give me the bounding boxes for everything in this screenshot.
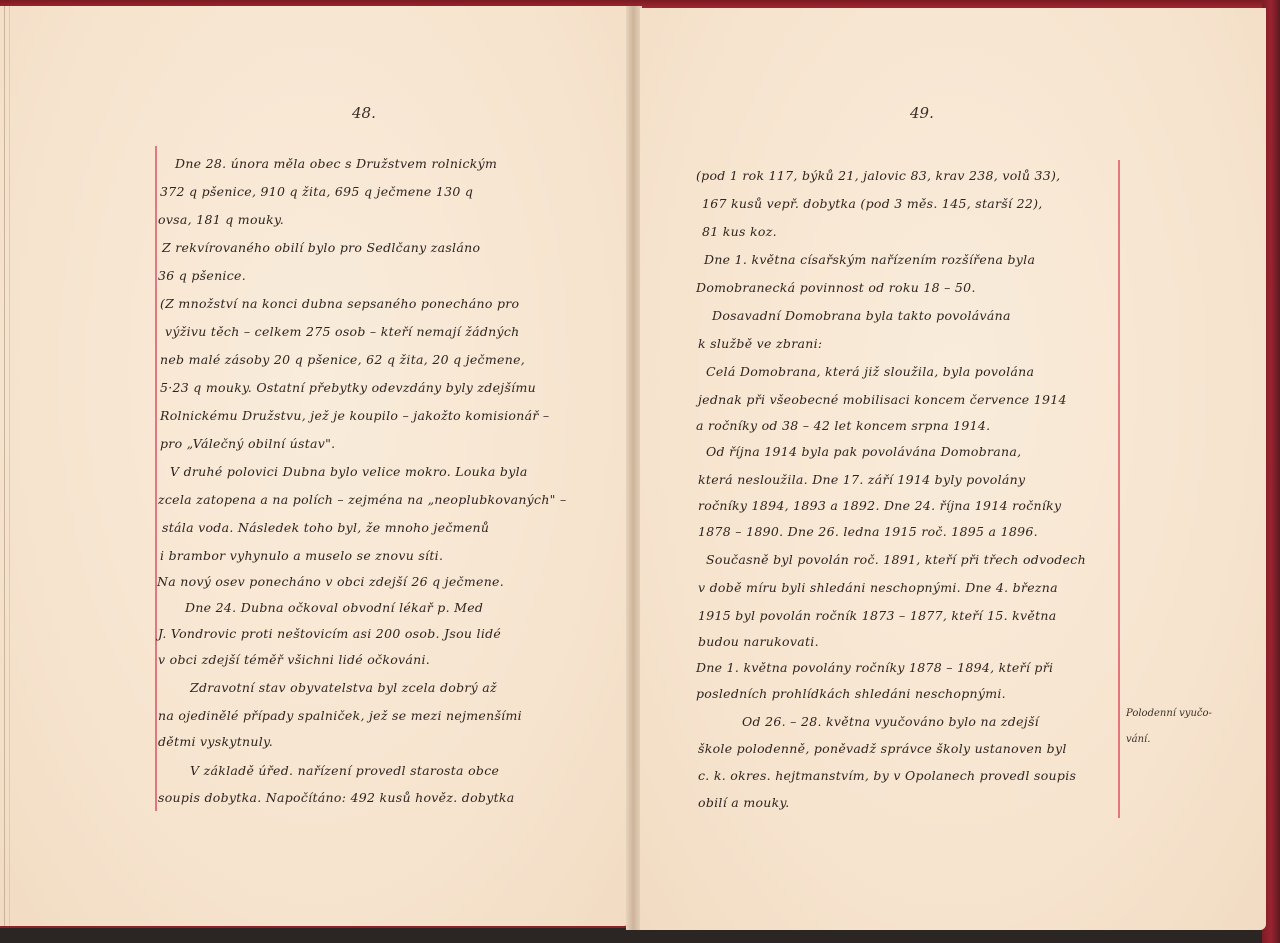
text-line: (pod 1 rok 117, býků 21, jalovic 83, kra… [696, 168, 1060, 183]
margin-note: vání. [1126, 734, 1150, 745]
text-line: stála voda. Následek toho byl, že mnoho … [162, 520, 489, 535]
text-line: c. k. okres. hejtmanstvím, by v Opolanec… [698, 768, 1076, 783]
text-line: Z rekvírovaného obilí bylo pro Sedlčany … [162, 240, 480, 255]
text-line: V základě úřed. nařízení provedl starost… [190, 763, 499, 778]
text-line: dětmi vyskytnuly. [158, 734, 273, 749]
text-line: Dne 1. května povolány ročníky 1878 – 18… [696, 660, 1053, 675]
page-number-right: 49. [910, 104, 934, 122]
text-line: budou narukovati. [698, 634, 819, 649]
left-page: 48. Dne 28. února měla obec s Družstvem … [0, 6, 628, 926]
text-line: Rolnickému Družstvu, jež je koupilo – ja… [160, 408, 549, 423]
text-line: J. Vondrovic proti neštovicím asi 200 os… [158, 626, 501, 641]
text-line: 36 q pšenice. [158, 268, 246, 283]
text-line: která nesloužila. Dne 17. září 1914 byly… [698, 472, 1025, 487]
text-line: Dne 28. února měla obec s Družstvem roln… [175, 156, 497, 171]
text-line: V druhé polovici Dubna bylo velice mokro… [170, 464, 528, 479]
text-line: Celá Domobrana, která již sloužila, byla… [706, 364, 1034, 379]
text-line: a ročníky od 38 – 42 let koncem srpna 19… [696, 418, 990, 433]
text-line: v době míru byli shledáni neschopnými. D… [698, 580, 1058, 595]
text-line: výživu těch – celkem 275 osob – kteří ne… [165, 324, 520, 339]
margin-note: Polodenní vyučo- [1126, 708, 1212, 719]
text-line: ročníky 1894, 1893 a 1892. Dne 24. října… [698, 498, 1061, 513]
text-line: jednak při všeobecné mobilisaci koncem č… [698, 392, 1067, 407]
text-line: zcela zatopena a na polích – zejména na … [158, 492, 567, 507]
text-line: obilí a mouky. [698, 795, 790, 810]
text-line: Současně byl povolán roč. 1891, kteří př… [706, 552, 1086, 567]
text-line: Dne 1. května císařským nařízením rozšíř… [704, 252, 1035, 267]
text-line: i brambor vyhynulo a muselo se znovu sít… [160, 548, 443, 563]
page-number-left: 48. [352, 104, 376, 122]
text-line: 1878 – 1890. Dne 26. ledna 1915 roč. 189… [698, 524, 1038, 539]
text-line: k službě ve zbrani: [698, 336, 822, 351]
text-line: (Z množství na konci dubna sepsaného pon… [160, 296, 519, 311]
text-line: Od 26. – 28. května vyučováno bylo na zd… [742, 714, 1039, 729]
text-line: Zdravotní stav obyvatelstva byl zcela do… [190, 680, 497, 695]
text-line: ovsa, 181 q mouky. [158, 212, 284, 227]
text-line: neb malé zásoby 20 q pšenice, 62 q žita,… [160, 352, 525, 367]
text-line: 5·23 q mouky. Ostatní přebytky odevzdány… [160, 380, 536, 395]
text-line: 1915 byl povolán ročník 1873 – 1877, kte… [698, 608, 1057, 623]
left-margin-rule [155, 146, 157, 811]
text-line: 81 kus koz. [702, 224, 777, 239]
right-margin-rule [1118, 160, 1120, 818]
text-line: Dne 24. Dubna očkoval obvodní lékař p. M… [185, 600, 483, 615]
text-line: škole polodenně, poněvadž správce školy … [698, 741, 1067, 756]
text-line: v obci zdejší téměř všichni lidé očkován… [158, 652, 430, 667]
text-line: 167 kusů vepř. dobytka (pod 3 měs. 145, … [702, 196, 1043, 211]
text-line: soupis dobytka. Napočítáno: 492 kusů hov… [158, 790, 515, 805]
text-line: na ojedinělé případy spalniček, jež se m… [158, 708, 522, 723]
right-page: 49. (pod 1 rok 117, býků 21, jalovic 83,… [640, 8, 1266, 930]
text-line: Dosavadní Domobrana byla takto povoláván… [712, 308, 1011, 323]
text-line: 372 q pšenice, 910 q žita, 695 q ječmene… [160, 184, 473, 199]
text-line: pro „Válečný obilní ústav". [160, 436, 335, 451]
text-line: Na nový osev ponecháno v obci zdejší 26 … [157, 574, 504, 589]
text-line: Od října 1914 byla pak povolávána Domobr… [706, 444, 1021, 459]
text-line: posledních prohlídkách shledáni neschopn… [696, 686, 1006, 701]
text-line: Domobranecká povinnost od roku 18 – 50. [696, 280, 976, 295]
